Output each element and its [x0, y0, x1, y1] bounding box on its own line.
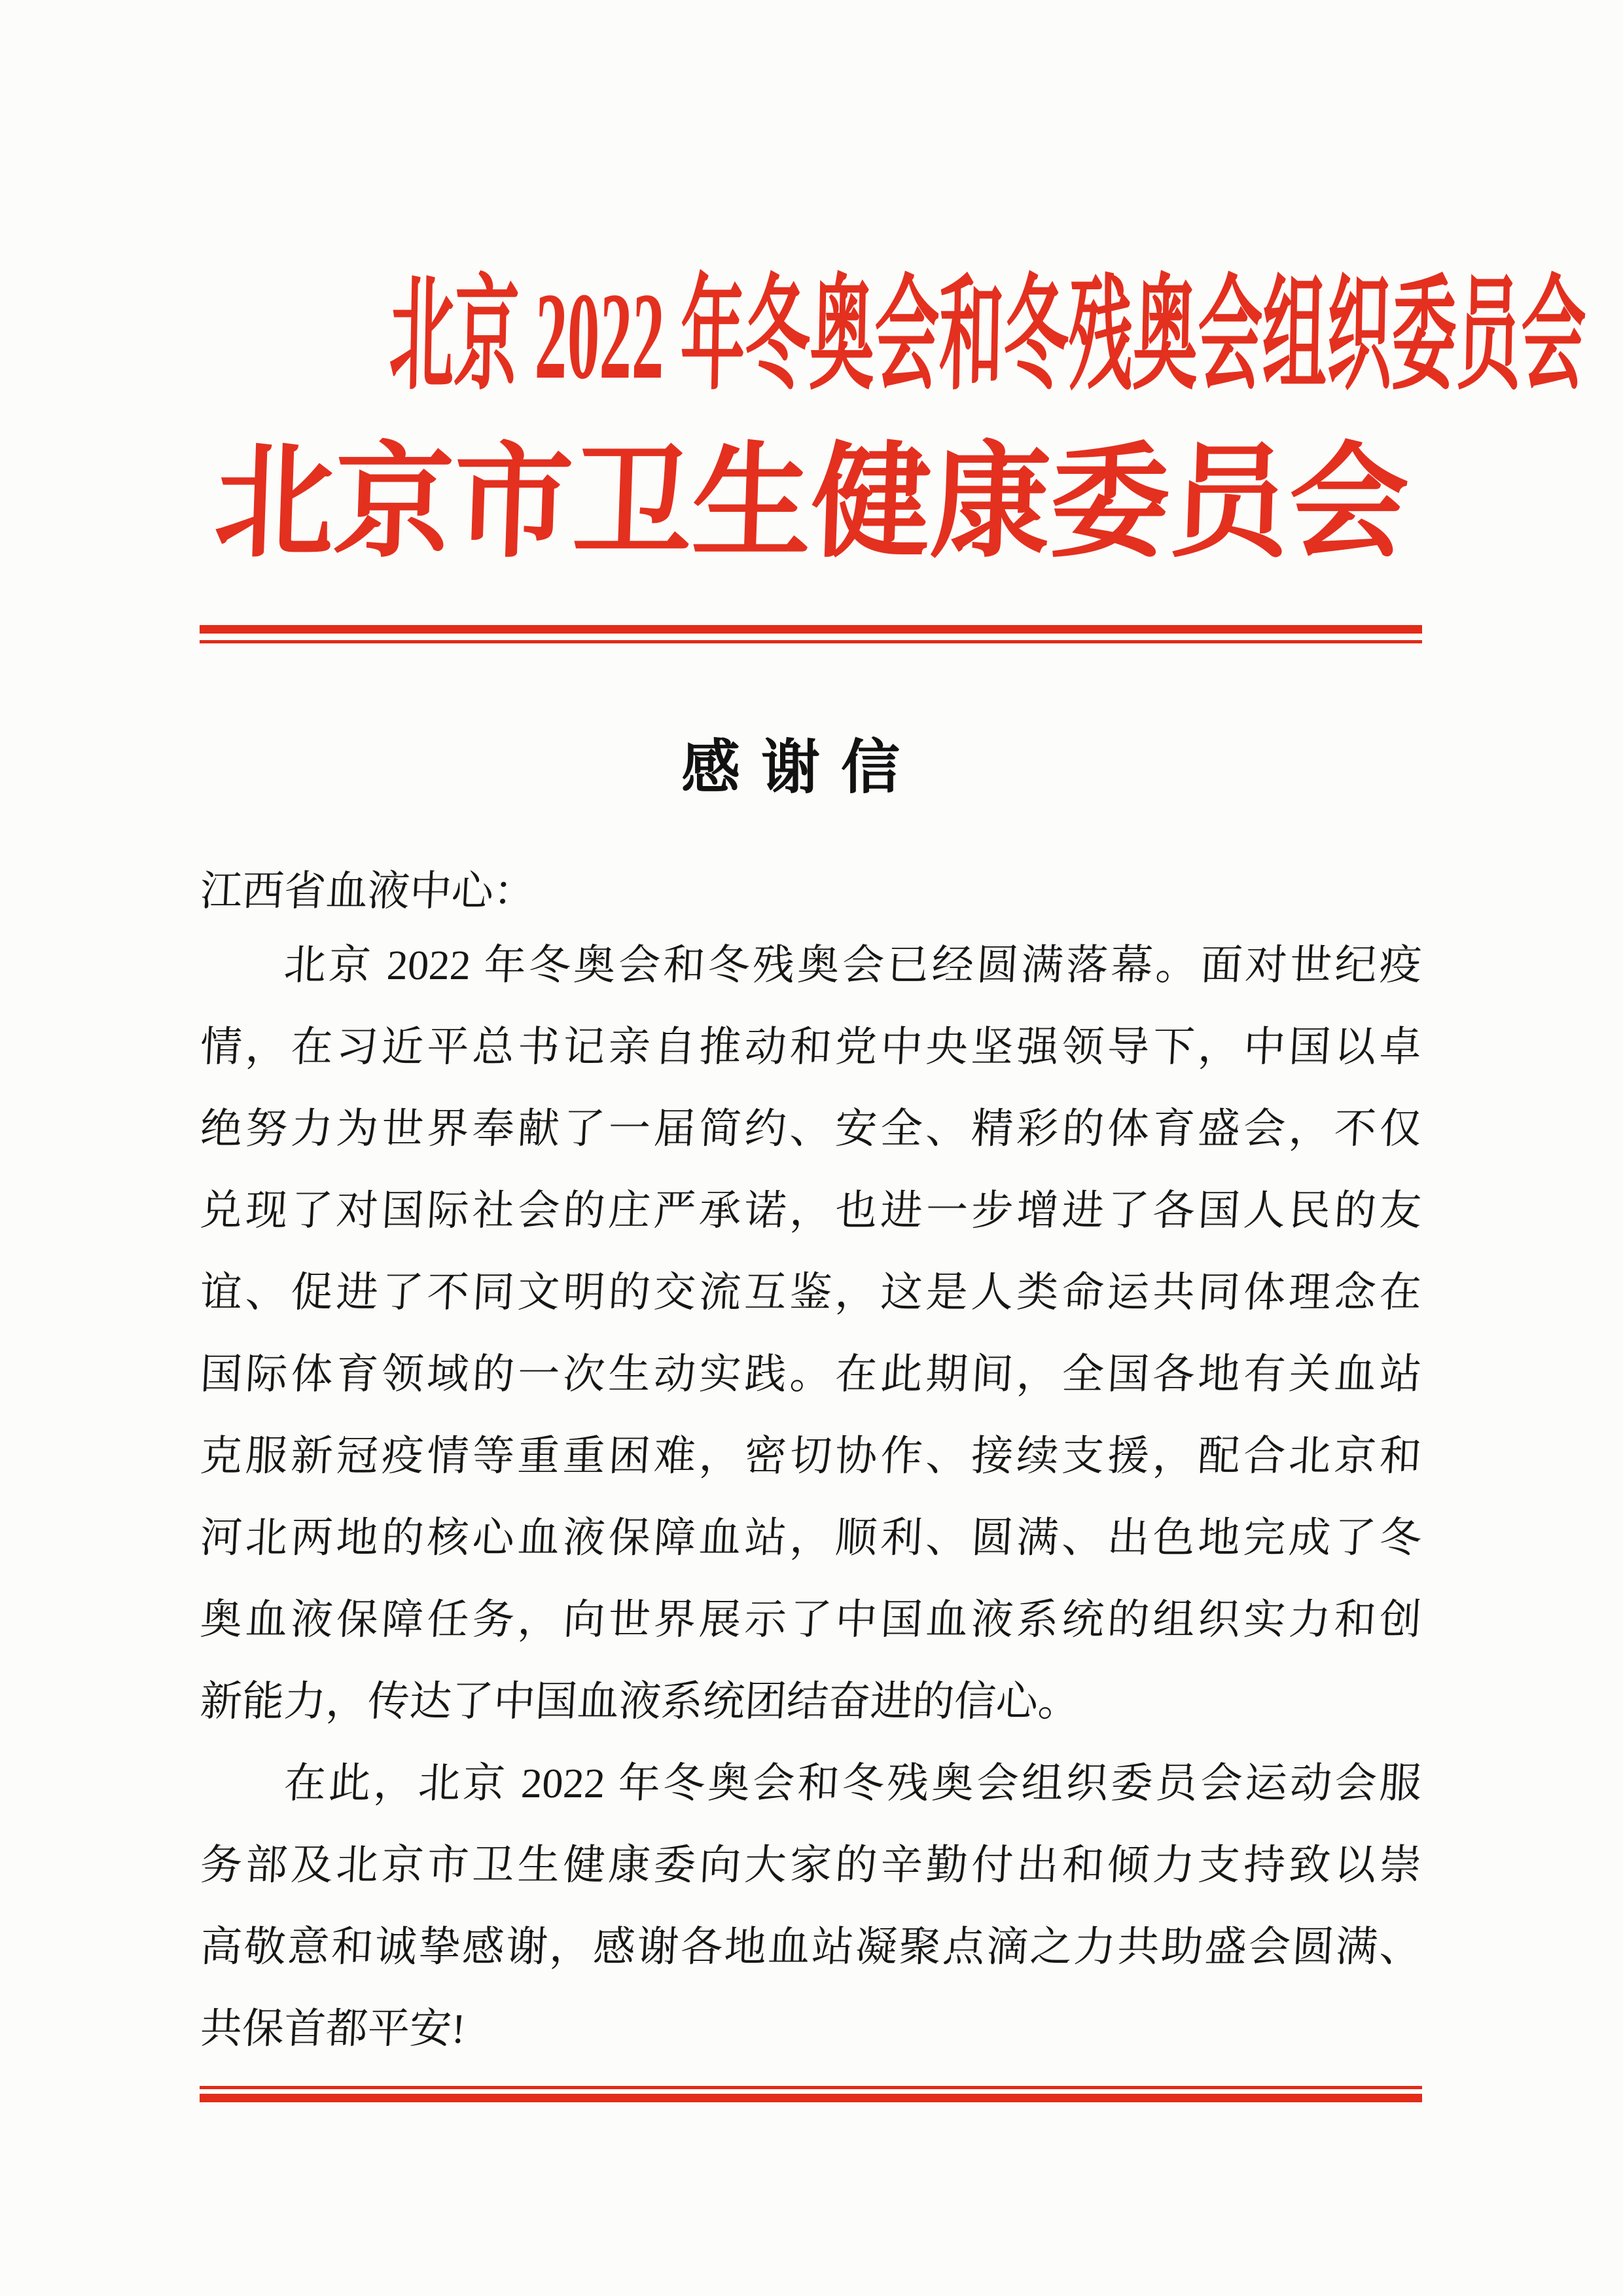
body-line: 务部及北京市卫生健康委向大家的辛勤付出和倾力支持致以崇 [198, 1824, 1424, 1906]
footer-rule-thick-line [200, 2094, 1422, 2102]
footer-rule-thin-line [200, 2086, 1422, 2089]
body-line: 新能力，传达了中国血液系统团结奋进的信心。 [198, 1660, 1424, 1742]
letter-body: 北京 2022 年冬奥会和冬残奥会已经圆满落幕。面对世纪疫 情，在习近平总书记亲… [200, 924, 1421, 2070]
header-rule-thick-line [200, 625, 1422, 634]
footer-double-rule [200, 2086, 1422, 2102]
salutation: 江西省血液中心： [198, 859, 537, 924]
header-double-rule [200, 625, 1422, 643]
body-line: 兑现了对国际社会的庄严承诺，也进一步增进了各国人民的友 [198, 1170, 1424, 1251]
body-line: 绝努力为世界奉献了一届简约、安全、精彩的体育盛会，不仅 [198, 1088, 1424, 1170]
body-line: 情，在习近平总书记亲自推动和党中央坚强领导下，中国以卓 [198, 1006, 1424, 1088]
body-line: 北京 2022 年冬奥会和冬残奥会已经圆满落幕。面对世纪疫 [198, 924, 1424, 1006]
letter-page: 北京 2022 年冬奥会和冬残奥会组织委员会 北京市卫生健康委员会 感谢信 江西… [0, 0, 1623, 2296]
body-line: 在此，北京 2022 年冬奥会和冬残奥会组织委员会运动会服 [198, 1742, 1424, 1824]
header-rule-thin-line [200, 640, 1422, 643]
body-line: 谊、促进了不同文明的交流互鉴，这是人类命运共同体理念在 [198, 1251, 1424, 1333]
body-line: 高敬意和诚挚感谢，感谢各地血站凝聚点滴之力共助盛会圆满、 [198, 1906, 1424, 1988]
body-line: 国际体育领域的一次生动实践。在此期间，全国各地有关血站 [198, 1333, 1424, 1415]
letter-title: 感谢信 [0, 736, 1613, 801]
body-line: 克服新冠疫情等重重困难，密切协作、接续支援，配合北京和 [198, 1415, 1424, 1497]
letterhead-line-2: 北京市卫生健康委员会 [30, 437, 1593, 571]
body-line: 河北两地的核心血液保障血站，顺利、圆满、出色地完成了冬 [198, 1497, 1424, 1579]
body-line: 奥血液保障任务，向世界展示了中国血液系统的组织实力和创 [198, 1579, 1424, 1660]
body-line: 共保首都平安! [198, 1988, 1424, 2070]
letterhead-line-1: 北京 2022 年冬奥会和冬残奥会组织委员会 [388, 270, 1234, 404]
